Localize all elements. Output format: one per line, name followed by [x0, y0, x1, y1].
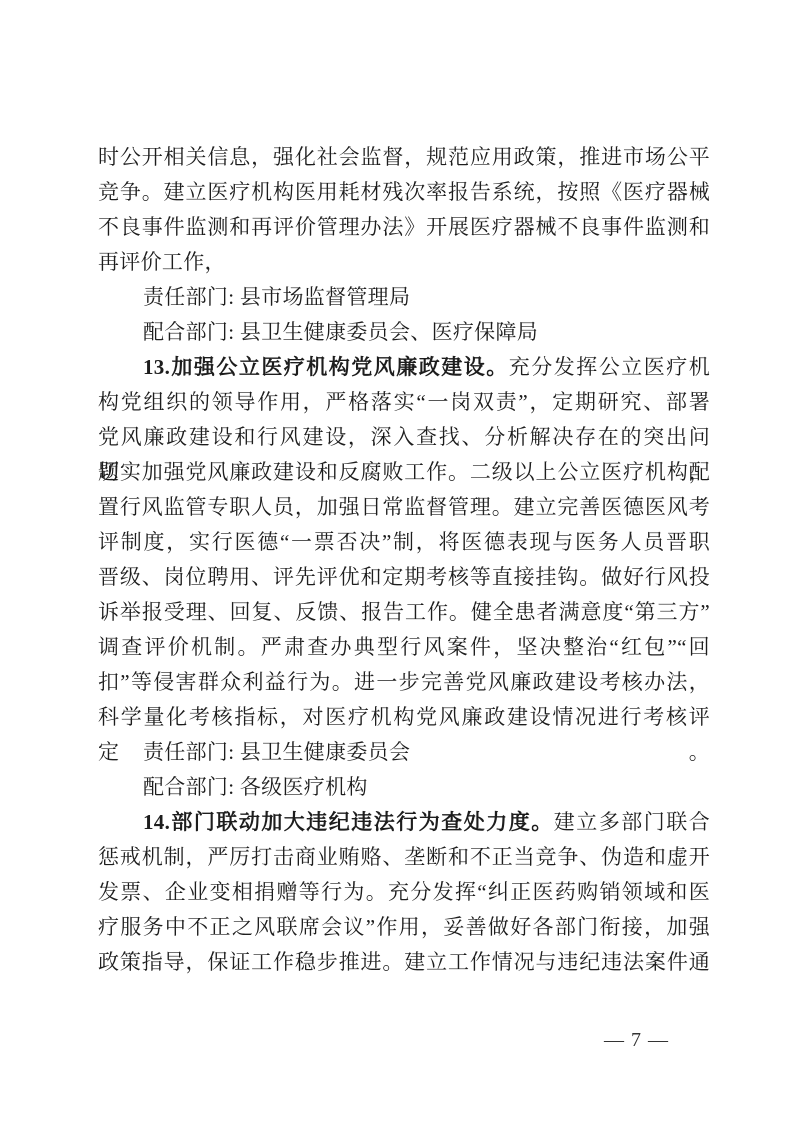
text-line: 科学量化考核指标，对医疗机构党风廉政建设情况进行考核评定。 — [98, 700, 710, 735]
text-line: 惩戒机制，严厉打击商业贿赂、垄断和不正当竞争、伪造和虚开 — [98, 840, 710, 875]
text-line: 置行风监管专职人员，加强日常监督管理。建立完善医德医风考 — [98, 490, 710, 525]
item-14-heading: 14.部门联动加大违纪违法行为查处力度。 — [143, 810, 554, 834]
document-page: 时公开相关信息，强化社会监督，规范应用政策，推进市场公平 竞争。建立医疗机构医用… — [0, 0, 793, 1122]
item-13-heading: 13.加强公立医疗机构党风廉政建设。 — [143, 355, 509, 379]
responsible-dept-line: 责任部门: 县市场监督管理局 — [98, 280, 710, 315]
page-number: — 7 — — [604, 1028, 684, 1052]
text-line: 扣”等侵害群众利益行为。进一步完善党风廉政建设考核办法， — [98, 665, 710, 700]
cooperating-dept-line: 配合部门: 各级医疗机构 — [98, 770, 710, 805]
text-line: 评制度，实行医德“一票否决”制，将医德表现与医务人员晋职 — [98, 525, 710, 560]
cooperating-dept-line: 配合部门: 县卫生健康委员会、医疗保障局 — [98, 315, 710, 350]
text-line: 不良事件监测和再评价管理办法》开展医疗器械不良事件监测和 — [98, 210, 710, 245]
item-13-heading-line: 13.加强公立医疗机构党风廉政建设。充分发挥公立医疗机 — [98, 350, 710, 385]
text-line: 构党组织的领导作用，严格落实“一岗双责”，定期研究、部署 — [98, 385, 710, 420]
text-run: 建立多部门联合 — [554, 810, 710, 834]
text-line: 切实加强党风廉政建设和反腐败工作。二级以上公立医疗机构配 — [98, 455, 710, 490]
text-line: 晋级、岗位聘用、评先评优和定期考核等直接挂钩。做好行风投 — [98, 560, 710, 595]
text-line: 时公开相关信息，强化社会监督，规范应用政策，推进市场公平 — [98, 140, 710, 175]
text-line: 党风廉政建设和行风建设，深入查找、分析解决存在的突出问题， — [98, 420, 710, 455]
text-run: 充分发挥公立医疗机 — [509, 355, 710, 379]
text-line: 竞争。建立医疗机构医用耗材残次率报告系统，按照《医疗器械 — [98, 175, 710, 210]
text-line: 发票、企业变相捐赠等行为。充分发挥“纠正医药购销领域和医 — [98, 875, 710, 910]
text-line: 疗服务中不正之风联席会议”作用，妥善做好各部门衔接，加强 — [98, 910, 710, 945]
text-line: 调查评价机制。严肃查办典型行风案件，坚决整治“红包”“回 — [98, 630, 710, 665]
body-text-block: 时公开相关信息，强化社会监督，规范应用政策，推进市场公平 竞争。建立医疗机构医用… — [98, 140, 710, 980]
text-line: 政策指导，保证工作稳步推进。建立工作情况与违纪违法案件通 — [98, 945, 710, 980]
item-14-heading-line: 14.部门联动加大违纪违法行为查处力度。建立多部门联合 — [98, 805, 710, 840]
text-line: 诉举报受理、回复、反馈、报告工作。健全患者满意度“第三方” — [98, 595, 710, 630]
text-line: 再评价工作， — [98, 245, 710, 280]
